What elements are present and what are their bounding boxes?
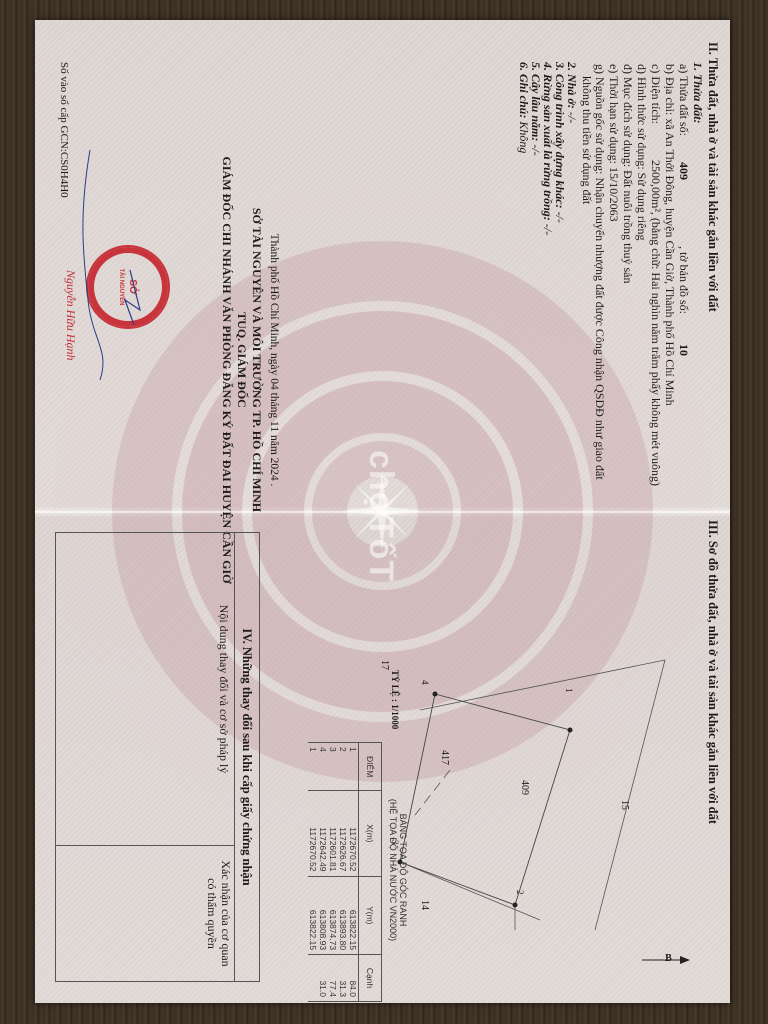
coord-header-2: Y(m): [359, 876, 382, 955]
coord-cell: 84.0: [348, 955, 359, 1002]
coord-cell: 613808.93: [318, 876, 328, 955]
section-ii-heading: II. Thửa đất, nhà ở và tài sản khác gắn …: [705, 42, 720, 312]
vertex-4: 4: [420, 680, 430, 685]
vertex-1: 1: [564, 688, 574, 693]
coord-header-1: X(m): [359, 791, 382, 876]
coord-header-0: ĐIỂM: [359, 743, 382, 791]
north-arrow: B: [635, 950, 690, 970]
tuq-director: TUQ. GIÁM ĐỐC: [234, 160, 249, 560]
note-item: 6. Ghi chú: Không: [516, 62, 530, 153]
address-line: b) Địa chỉ: xã An Thới Đông, huyện Cần G…: [662, 64, 676, 406]
coord-row: 11172670.52613822.1584.0: [348, 743, 359, 1002]
coord-table-title: BẢNG TỌA ĐỘ GÓC RANH (HỆ TỌA ĐỘ NHÀ NƯỚC…: [388, 740, 408, 1000]
section-iii-heading: III. Sơ đồ thửa đất, nhà ở và tài sản kh…: [705, 520, 720, 824]
parcel-label-14: 14: [419, 900, 430, 910]
coord-cell: 4: [318, 743, 328, 791]
coord-row: 41172642.49613808.9331.0: [318, 743, 328, 1002]
authority-confirmation-column: Xác nhận của cơ quancó thẩm quyền: [56, 846, 235, 982]
coord-cell: 77.4: [328, 955, 338, 1002]
parcel-label-409: 409: [519, 780, 530, 795]
map-sheet-number: 10: [677, 344, 691, 356]
coord-cell: 1: [348, 743, 359, 791]
area-line: c) Diện tích: 2500,00m², (bằng chữ: Hai …: [648, 64, 662, 486]
certificate-photo: chợTốT II. Thửa đất, nhà ở và tài sản kh…: [35, 20, 730, 1003]
usage-purpose-line: đ) Mục đích sử dụng: Đất nuôi trồng thuỷ…: [620, 64, 634, 284]
signing-date: Thành phố Hồ Chí Minh, ngày 04 tháng 11 …: [266, 180, 280, 540]
parcel-label-17: 17: [379, 660, 390, 670]
coord-cell: 3: [328, 743, 338, 791]
land-certificate-sheet: chợTốT II. Thửa đất, nhà ở và tài sản kh…: [35, 20, 730, 1003]
parcel-label-15: 15: [619, 800, 630, 810]
coord-row: 21172626.67613893.8031.3: [338, 743, 348, 1002]
coord-cell: 31.0: [318, 955, 328, 1002]
coord-cell: 1172642.49: [318, 791, 328, 876]
watermark-text: chợTốT: [361, 450, 400, 582]
coord-table: ĐIỂMX(m)Y(m)Cạnh 11172670.52613822.1584.…: [308, 742, 382, 1002]
parcel-label-417: 417: [439, 750, 450, 765]
coord-cell: 1172670.52: [348, 791, 359, 876]
coord-cell: 1: [308, 743, 318, 791]
coord-cell: 613822.15: [308, 876, 318, 955]
changes-table: IV. Những thay đổi sau khi cấp giấy chứn…: [55, 532, 260, 982]
signer-name: Nguyễn Hữu Hạnh: [63, 270, 78, 361]
coord-cell: 2: [338, 743, 348, 791]
coord-row: 31172601.81613874.7377.4: [328, 743, 338, 1002]
usage-term-line: e) Thời hạn sử dụng: 15/10/2063: [606, 64, 620, 222]
signer-title: GIÁM ĐỐC CHI NHÁNH VĂN PHÒNG ĐĂNG KÝ ĐẤT…: [219, 140, 234, 600]
coord-cell: 613874.73: [328, 876, 338, 955]
origin-line: g) Nguồn gốc sử dụng: Nhận chuyển nhượng…: [592, 64, 606, 480]
scale-label: TỶ LỆ : 1/1000: [390, 670, 400, 729]
coord-row: 11172670.52613822.15: [308, 743, 318, 1002]
coord-cell: 613822.15: [348, 876, 359, 955]
parcel-number: 409: [677, 162, 691, 180]
parcel-number-line: a) Thửa đất số: 409 , tờ bản đồ số: 10: [676, 64, 690, 356]
coord-cell: 1172626.67: [338, 791, 348, 876]
parcel-diagram: [380, 600, 670, 940]
coord-cell: 1172670.52: [308, 791, 318, 876]
usage-form-line: d) Hình thức sử dụng: Sử dụng riêng: [634, 64, 648, 241]
issuing-organization: SỞ TÀI NGUYÊN VÀ MÔI TRƯỜNG TP. HỒ CHÍ M…: [249, 160, 264, 560]
coord-cell: 1172601.81: [328, 791, 338, 876]
coord-cell: 31.3: [338, 955, 348, 1002]
register-number: Số vào sổ cấp GCN:CS0H4H0: [56, 62, 70, 198]
parcel-subheading: 1. Thửa đất:: [690, 62, 704, 124]
origin-line-cont: không thu tiền sử dụng đất: [579, 76, 593, 204]
change-content-column: Nội dung thay đổi và cơ sở pháp lý: [56, 533, 235, 846]
coord-header-3: Cạnh: [359, 955, 382, 1002]
coord-cell: [308, 955, 318, 1002]
vertex-2: 2: [515, 890, 525, 895]
coord-cell: 613893.80: [338, 876, 348, 955]
section-iv-heading: IV. Những thay đổi sau khi cấp giấy chứn…: [235, 533, 260, 982]
